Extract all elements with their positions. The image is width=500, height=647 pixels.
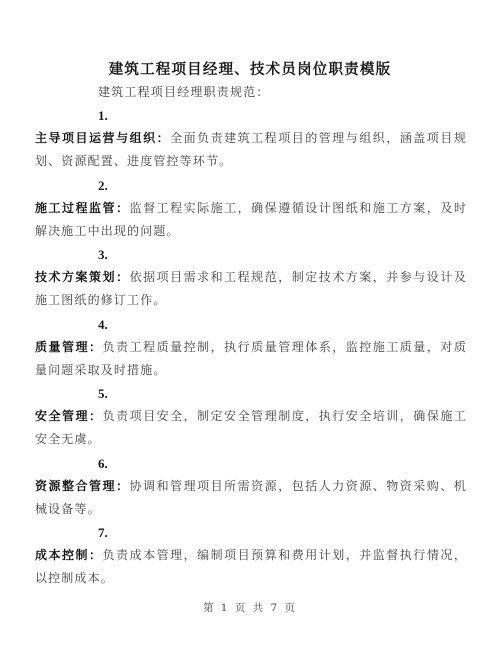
duty-item: 1. 主导项目运营与组织：全面负责建筑工程项目的管理与组织，涵盖项目规划、资源配… xyxy=(35,104,467,174)
duty-paragraph: 施工过程监管：监督工程实际施工，确保遵循设计图纸和施工方案，及时解决施工中出现的… xyxy=(35,197,467,243)
duty-paragraph: 主导项目运营与组织：全面负责建筑工程项目的管理与组织，涵盖项目规划、资源配置、进… xyxy=(35,127,467,173)
duty-item: 6. 资源整合管理：协调和管理项目所需资源，包括人力资源、物资采购、机械设备等。 xyxy=(35,452,467,522)
duty-paragraph: 技术方案策划：依据项目需求和工程规范，制定技术方案，并参与设计及施工图纸的修订工… xyxy=(35,266,467,312)
duty-number: 4. xyxy=(35,313,467,336)
duty-item: 7. 成本控制：负责成本管理，编制项目预算和费用计划，并监督执行情况，以控制成本… xyxy=(35,521,467,591)
duty-number: 5. xyxy=(35,382,467,405)
duty-label: 质量管理： xyxy=(35,340,103,354)
duty-paragraph: 成本控制：负责成本管理，编制项目预算和费用计划，并监督执行情况，以控制成本。 xyxy=(35,544,467,590)
duty-label: 安全管理： xyxy=(35,409,103,423)
duty-item: 4. 质量管理：负责工程质量控制，执行质量管理体系，监控施工质量，对质量问题采取… xyxy=(35,313,467,383)
duty-number: 1. xyxy=(35,104,467,127)
duty-label: 资源整合管理： xyxy=(35,479,130,493)
duty-paragraph: 资源整合管理：协调和管理项目所需资源，包括人力资源、物资采购、机械设备等。 xyxy=(35,475,467,521)
duty-label: 施工过程监管： xyxy=(35,201,130,215)
duty-paragraph: 安全管理：负责项目安全，制定安全管理制度，执行安全培训，确保施工安全无虞。 xyxy=(35,405,467,451)
duty-item: 3. 技术方案策划：依据项目需求和工程规范，制定技术方案，并参与设计及施工图纸的… xyxy=(35,243,467,313)
duty-item: 5. 安全管理：负责项目安全，制定安全管理制度，执行安全培训，确保施工安全无虞。 xyxy=(35,382,467,452)
page-number-footer: 第 1 页 共 7 页 xyxy=(0,600,500,615)
duty-label: 成本控制： xyxy=(35,548,103,562)
document-title: 建筑工程项目经理、技术员岗位职责模版 xyxy=(0,59,500,81)
duty-label: 主导项目运营与组织： xyxy=(35,131,170,145)
duty-number: 7. xyxy=(35,521,467,544)
duty-item: 2. 施工过程监管：监督工程实际施工，确保遵循设计图纸和施工方案，及时解决施工中… xyxy=(35,174,467,244)
duty-paragraph: 质量管理：负责工程质量控制，执行质量管理体系，监控施工质量，对质量问题采取及时措… xyxy=(35,336,467,382)
document-subtitle: 建筑工程项目经理职责规范： xyxy=(98,81,270,103)
duty-number: 6. xyxy=(35,452,467,475)
duty-number: 2. xyxy=(35,174,467,197)
duty-number: 3. xyxy=(35,243,467,266)
document-page: 建筑工程项目经理、技术员岗位职责模版 建筑工程项目经理职责规范： 1. 主导项目… xyxy=(0,0,500,647)
duty-label: 技术方案策划： xyxy=(35,270,130,284)
duties-list: 1. 主导项目运营与组织：全面负责建筑工程项目的管理与组织，涵盖项目规划、资源配… xyxy=(35,104,467,591)
